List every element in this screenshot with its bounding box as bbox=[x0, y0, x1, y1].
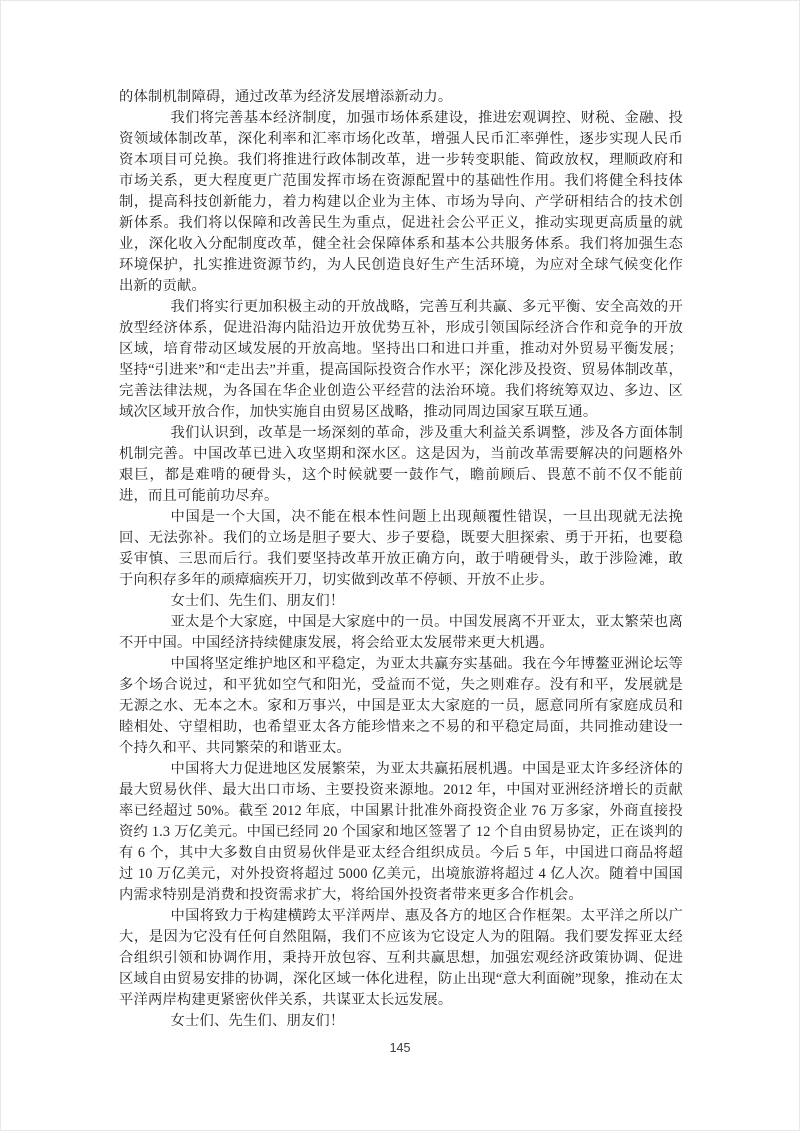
page-number: 145 bbox=[1, 1041, 799, 1055]
paragraph: 中国将致力于构建横跨太平洋两岸、惠及各方的地区合作框架。太平洋之所以广大，是因为… bbox=[119, 906, 683, 1011]
paragraph-salutation: 女士们、先生们、朋友们！ bbox=[119, 591, 683, 612]
document-body: 的体制机制障碍，通过改革为经济发展增添新动力。 我们将完善基本经济制度，加强市场… bbox=[119, 87, 683, 1032]
paragraph: 我们将完善基本经济制度，加强市场体系建设，推进宏观调控、财税、金融、投资领域体制… bbox=[119, 108, 683, 297]
paragraph: 我们认识到，改革是一场深刻的革命，涉及重大利益关系调整，涉及各方面体制机制完善。… bbox=[119, 423, 683, 507]
paragraph: 中国将大力促进地区发展繁荣，为亚太共赢拓展机遇。中国是亚太许多经济体的最大贸易伙… bbox=[119, 759, 683, 906]
paragraph-continuation: 的体制机制障碍，通过改革为经济发展增添新动力。 bbox=[119, 87, 683, 108]
document-page: 的体制机制障碍，通过改革为经济发展增添新动力。 我们将完善基本经济制度，加强市场… bbox=[0, 0, 800, 1131]
paragraph: 中国是一个大国，决不能在根本性问题上出现颠覆性错误，一旦出现就无法挽回、无法弥补… bbox=[119, 507, 683, 591]
paragraph-salutation: 女士们、先生们、朋友们！ bbox=[119, 1011, 683, 1032]
paragraph: 亚太是个大家庭，中国是大家庭中的一员。中国发展离不开亚太，亚太繁荣也离不开中国。… bbox=[119, 612, 683, 654]
paragraph: 我们将实行更加积极主动的开放战略，完善互利共赢、多元平衡、安全高效的开放型经济体… bbox=[119, 297, 683, 423]
paragraph: 中国将坚定维护地区和平稳定，为亚太共赢夯实基础。我在今年博鳌亚洲论坛等多个场合说… bbox=[119, 654, 683, 759]
